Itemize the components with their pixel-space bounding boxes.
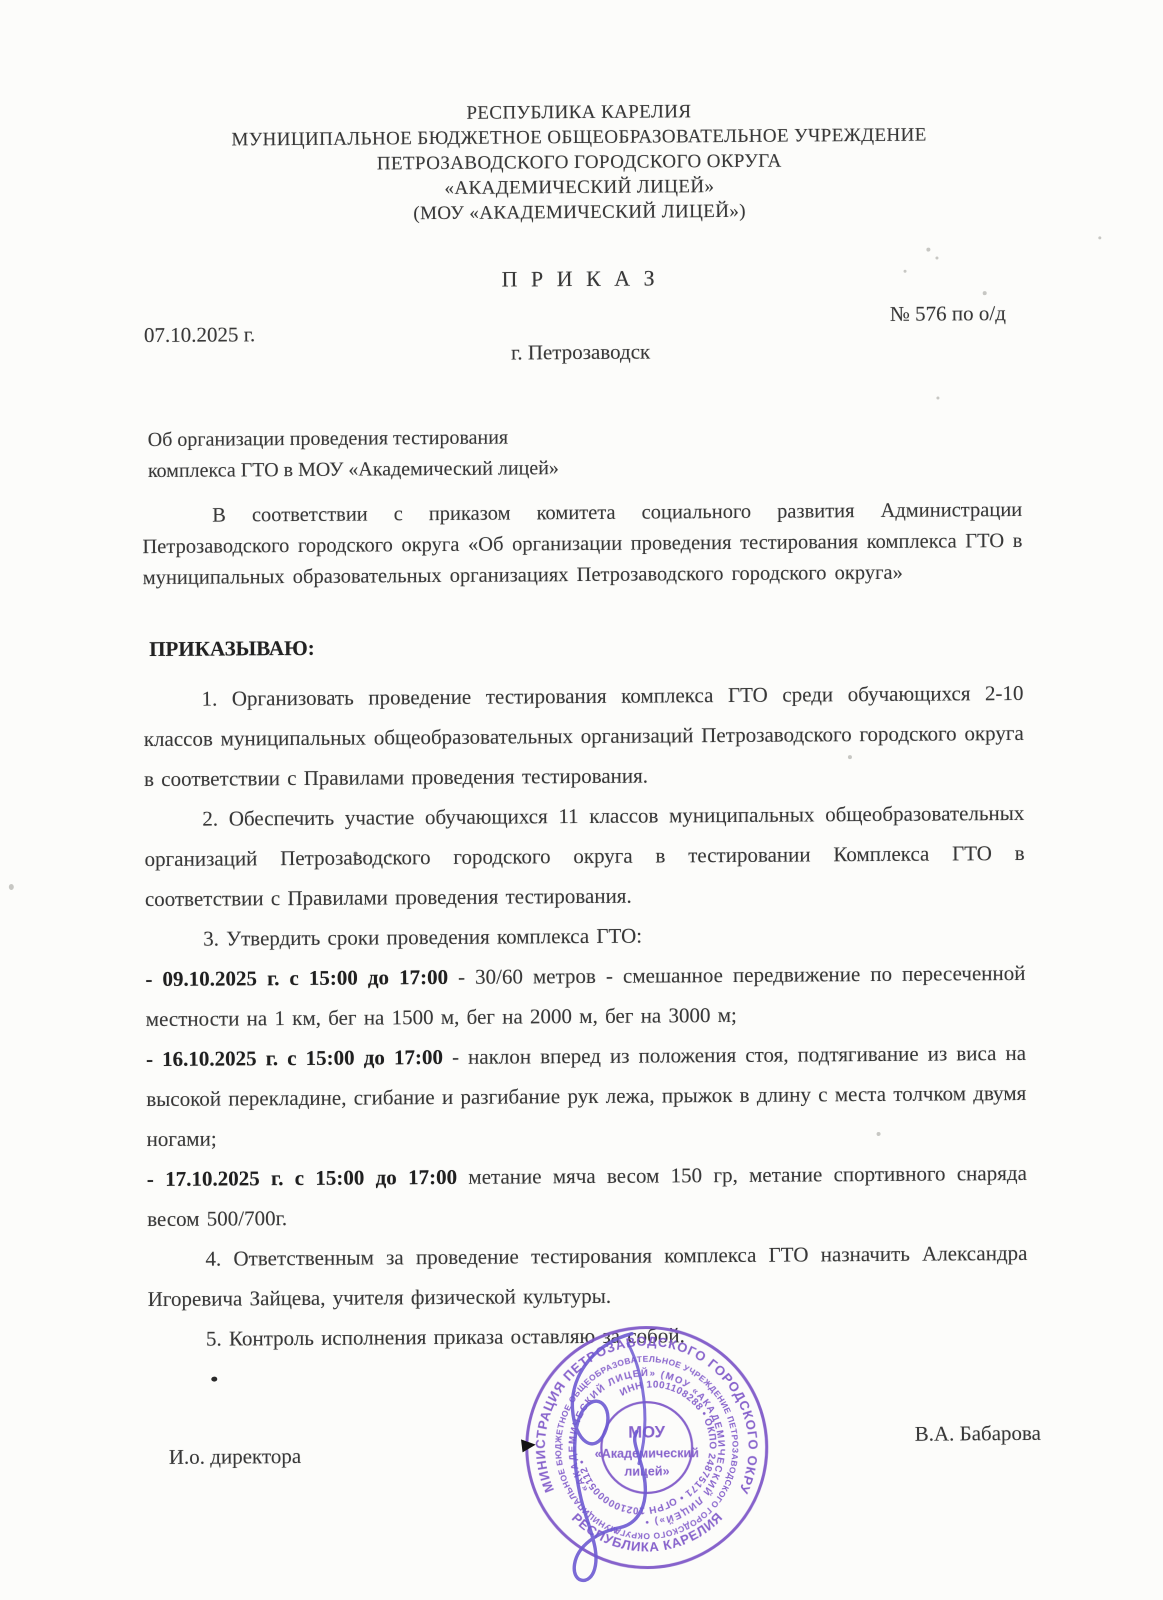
scan-speck bbox=[935, 257, 938, 260]
order-item-1: 1. Организовать проведение тестирования … bbox=[143, 673, 1024, 799]
scan-speck bbox=[904, 270, 907, 273]
scan-speck bbox=[9, 884, 14, 890]
order-item-4: 4. Ответственным за проведение тестирова… bbox=[147, 1233, 1028, 1319]
order-item-3: 3. Утвердить сроки проведения комплекса … bbox=[145, 913, 1025, 959]
scan-speck bbox=[877, 1132, 881, 1136]
order-body: 1. Организовать проведение тестирования … bbox=[143, 673, 1028, 1359]
document-page: РЕСПУБЛИКА КАРЕЛИЯ МУНИЦИПАЛЬНОЕ БЮДЖЕТН… bbox=[0, 0, 1163, 1600]
schedule-line-1: - 09.10.2025 г. с 15:00 до 17:00 - 30/60… bbox=[145, 953, 1026, 1039]
schedule-line-2: - 16.10.2025 г. с 15:00 до 17:00 - накло… bbox=[146, 1033, 1027, 1159]
order-number: № 576 по о/д bbox=[890, 301, 1006, 327]
subject-line-1: Об организации проведения тестирования bbox=[148, 422, 559, 456]
scan-speck bbox=[848, 755, 852, 759]
scan-speck bbox=[363, 858, 366, 861]
scan-speck bbox=[983, 291, 987, 295]
schedule-date-2: - 16.10.2025 г. с 15:00 до 17:00 bbox=[146, 1045, 443, 1071]
decree-word: ПРИКАЗЫВАЮ: bbox=[149, 636, 315, 662]
scan-speck bbox=[354, 852, 358, 856]
scan-speck bbox=[926, 248, 930, 252]
signature-scribble bbox=[540, 1313, 718, 1596]
order-title: П Р И К А З bbox=[0, 262, 1162, 296]
scan-speck bbox=[389, 853, 392, 857]
order-subject: Об организации проведения тестирования к… bbox=[148, 422, 559, 487]
schedule-line-3: - 17.10.2025 г. с 15:00 до 17:00 метание… bbox=[147, 1153, 1028, 1239]
signature-name: В.А. Бабарова bbox=[915, 1421, 1041, 1447]
schedule-date-3: - 17.10.2025 г. с 15:00 до 17:00 bbox=[147, 1165, 457, 1191]
scanned-content: РЕСПУБЛИКА КАРЕЛИЯ МУНИЦИПАЛЬНОЕ БЮДЖЕТН… bbox=[0, 0, 1163, 1600]
scan-speck bbox=[936, 396, 939, 399]
order-preamble: В соответствии с приказом комитета социа… bbox=[142, 495, 1023, 594]
letterhead: РЕСПУБЛИКА КАРЕЛИЯ МУНИЦИПАЛЬНОЕ БЮДЖЕТН… bbox=[0, 96, 1161, 229]
signature-stroke bbox=[572, 1334, 646, 1581]
scan-speck bbox=[1098, 236, 1101, 239]
order-item-2: 2. Обеспечить участие обучающихся 11 кла… bbox=[144, 793, 1025, 919]
subject-line-2: комплекса ГТО в МОУ «Академический лицей… bbox=[148, 453, 559, 487]
signature-label: И.о. директора bbox=[169, 1444, 301, 1470]
ink-dot bbox=[211, 1377, 217, 1382]
schedule-date-1: - 09.10.2025 г. с 15:00 до 17:00 bbox=[145, 965, 448, 991]
